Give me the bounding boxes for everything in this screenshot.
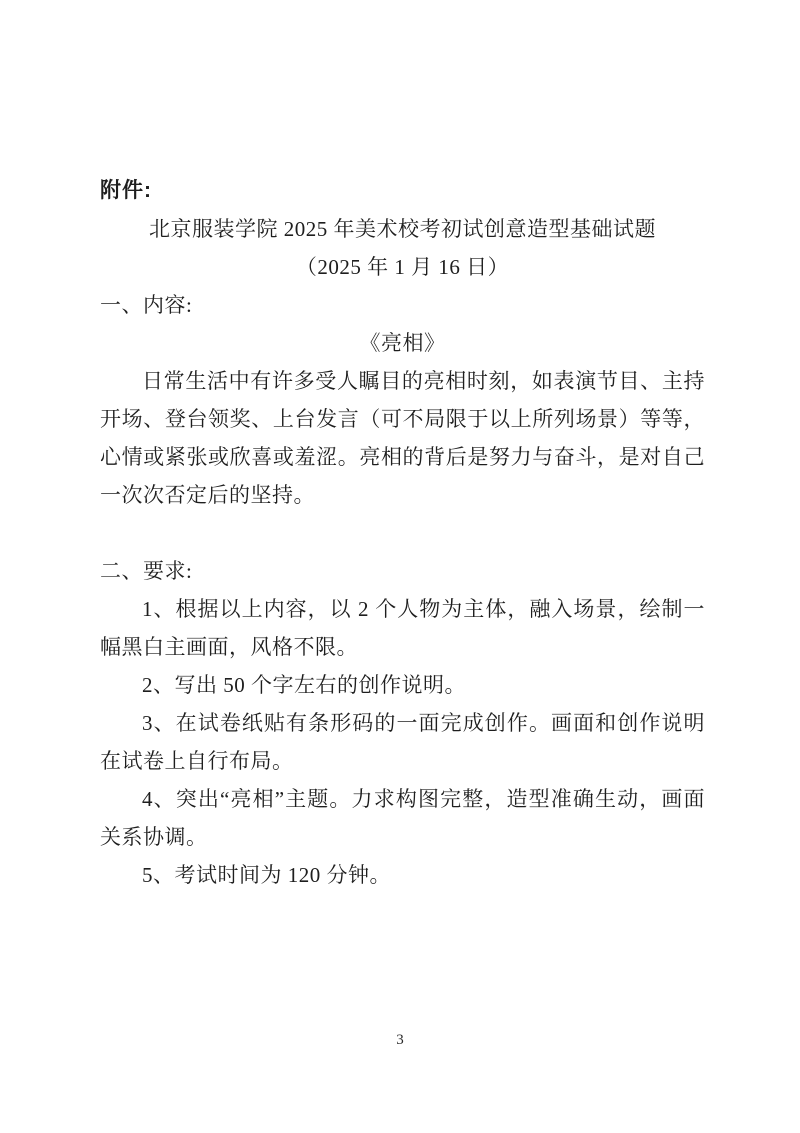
artwork-title: 《亮相》 <box>100 324 705 362</box>
document-title: 北京服装学院 2025 年美术校考初试创意造型基础试题 <box>100 210 705 248</box>
requirement-item-2: 2、写出 50 个字左右的创作说明。 <box>100 666 705 704</box>
document-page: 附件: 北京服装学院 2025 年美术校考初试创意造型基础试题 （2025 年 … <box>0 0 800 1133</box>
blank-line <box>100 514 705 552</box>
requirement-item-3: 3、在试卷纸贴有条形码的一面完成创作。画面和创作说明在试卷上自行布局。 <box>100 704 705 780</box>
section-heading-content: 一、内容: <box>100 286 705 324</box>
page-number: 3 <box>0 1030 800 1050</box>
requirement-item-5: 5、考试时间为 120 分钟。 <box>100 856 705 894</box>
content-paragraph: 日常生活中有许多受人瞩目的亮相时刻，如表演节目、主持开场、登台领奖、上台发言（可… <box>100 362 705 514</box>
requirement-item-1: 1、根据以上内容，以 2 个人物为主体，融入场景，绘制一幅黑白主画面，风格不限。 <box>100 590 705 666</box>
section-heading-requirements: 二、要求: <box>100 552 705 590</box>
attachment-label: 附件: <box>100 172 705 210</box>
document-date: （2025 年 1 月 16 日） <box>100 248 705 286</box>
document-content: 附件: 北京服装学院 2025 年美术校考初试创意造型基础试题 （2025 年 … <box>100 0 705 894</box>
requirement-item-4: 4、突出“亮相”主题。力求构图完整，造型准确生动，画面关系协调。 <box>100 780 705 856</box>
